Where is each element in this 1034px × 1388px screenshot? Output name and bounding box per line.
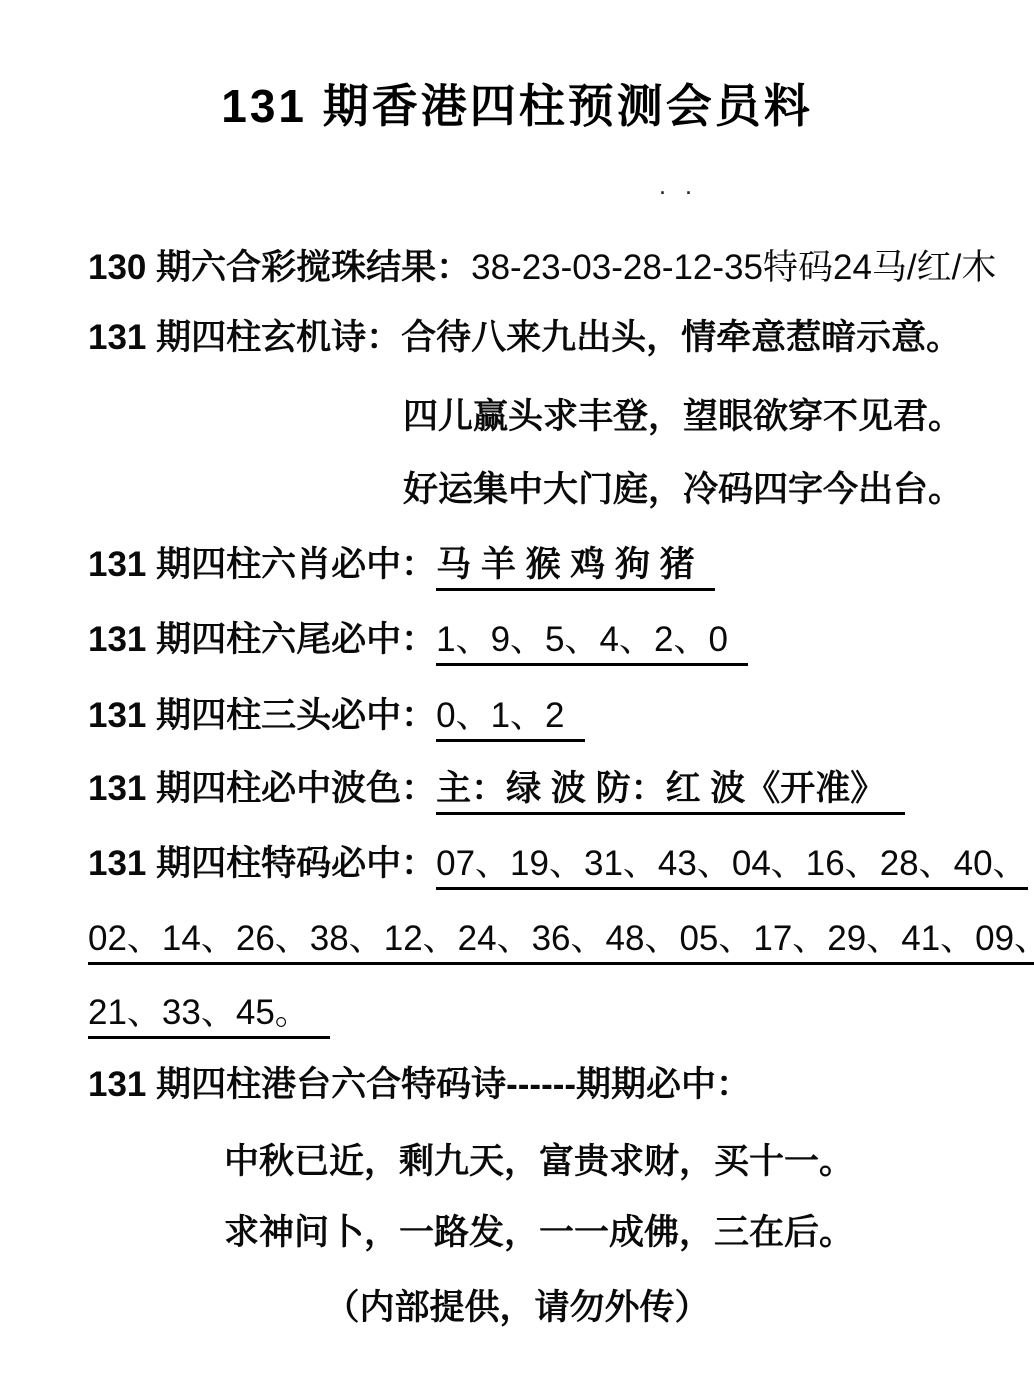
draw-result-line: 130 期六合彩搅珠结果：38-23-03-28-12-35特码24马/红/木 <box>88 240 996 290</box>
special-codes-row-3: 21、33、45。 <box>88 993 330 1039</box>
special-codes-line-3: 21、33、45。 <box>88 985 330 1035</box>
draw-result-label: 130 期六合彩搅珠结果： <box>88 248 471 287</box>
special-poem-heading: 131 期四柱港台六合特码诗------期期必中： <box>88 1057 751 1107</box>
wave-color-label: 131 期四柱必中波色： <box>88 769 436 808</box>
three-heads-value: 0、1、2 <box>436 696 584 742</box>
special-poem-heading-text: 131 期四柱港台六合特码诗------期期必中： <box>88 1065 751 1104</box>
corner-dots: . . <box>660 178 699 199</box>
mystery-poem-line-1: 131 期四柱玄机诗：合待八来九出头，情牵意惹暗示意。 <box>88 310 961 360</box>
six-zodiac-line: 131 期四柱六肖必中：马 羊 猴 鸡 狗 猪 <box>88 537 715 587</box>
special-poem-verse-1: 中秋已近，剩九天，富贵求财，买十一。 <box>224 1142 854 1181</box>
special-codes-row-1: 07、19、31、43、04、16、28、40、 <box>436 844 1027 890</box>
wave-color-line: 131 期四柱必中波色：主：绿 波 防：红 波《开准》 <box>88 761 905 811</box>
three-heads-label: 131 期四柱三头必中： <box>88 696 436 735</box>
special-poem-line-2: 求神问卜，一路发，一一成佛，三在后。 <box>224 1205 854 1255</box>
page-title: 131 期香港四柱预测会员料 <box>0 70 1034 136</box>
footer-notice: （内部提供，请勿外传） <box>0 1280 1034 1330</box>
mystery-poem-line-3: 好运集中大门庭，冷码四字今出台。 <box>403 462 963 512</box>
footer-notice-text: （内部提供，请勿外传） <box>324 1288 709 1327</box>
six-zodiac-value: 马 羊 猴 鸡 狗 猪 <box>436 545 715 591</box>
special-poem-verse-2: 求神问卜，一路发，一一成佛，三在后。 <box>224 1213 854 1252</box>
three-heads-line: 131 期四柱三头必中：0、1、2 <box>88 688 585 738</box>
six-tails-line: 131 期四柱六尾必中：1、9、5、4、2、0 <box>88 612 748 662</box>
mystery-poem-label: 131 期四柱玄机诗： <box>88 318 401 357</box>
wave-color-value: 主：绿 波 防：红 波《开准》 <box>436 769 905 815</box>
mystery-poem-verse-2: 四儿赢头求丰登，望眼欲穿不见君。 <box>403 397 963 436</box>
six-tails-label: 131 期四柱六尾必中： <box>88 620 436 659</box>
special-codes-line-2: 02、14、26、38、12、24、36、48、05、17、29、41、09、 <box>88 911 1034 961</box>
mystery-poem-verse-3: 好运集中大门庭，冷码四字今出台。 <box>403 470 963 509</box>
mystery-poem-line-2: 四儿赢头求丰登，望眼欲穿不见君。 <box>403 389 963 439</box>
draw-result-value: 38-23-03-28-12-35特码24马/红/木 <box>471 248 996 287</box>
document-page: 131 期香港四柱预测会员料 . . 130 期六合彩搅珠结果：38-23-03… <box>0 0 1034 1388</box>
six-zodiac-label: 131 期四柱六肖必中： <box>88 545 436 584</box>
six-tails-value: 1、9、5、4、2、0 <box>436 620 748 666</box>
special-codes-label: 131 期四柱特码必中： <box>88 844 436 883</box>
special-codes-line-1: 131 期四柱特码必中：07、19、31、43、04、16、28、40、 <box>88 836 1028 886</box>
special-poem-line-1: 中秋已近，剩九天，富贵求财，买十一。 <box>224 1134 854 1184</box>
special-codes-row-2: 02、14、26、38、12、24、36、48、05、17、29、41、09、 <box>88 919 1034 965</box>
mystery-poem-verse-1: 合待八来九出头，情牵意惹暗示意。 <box>401 318 961 357</box>
